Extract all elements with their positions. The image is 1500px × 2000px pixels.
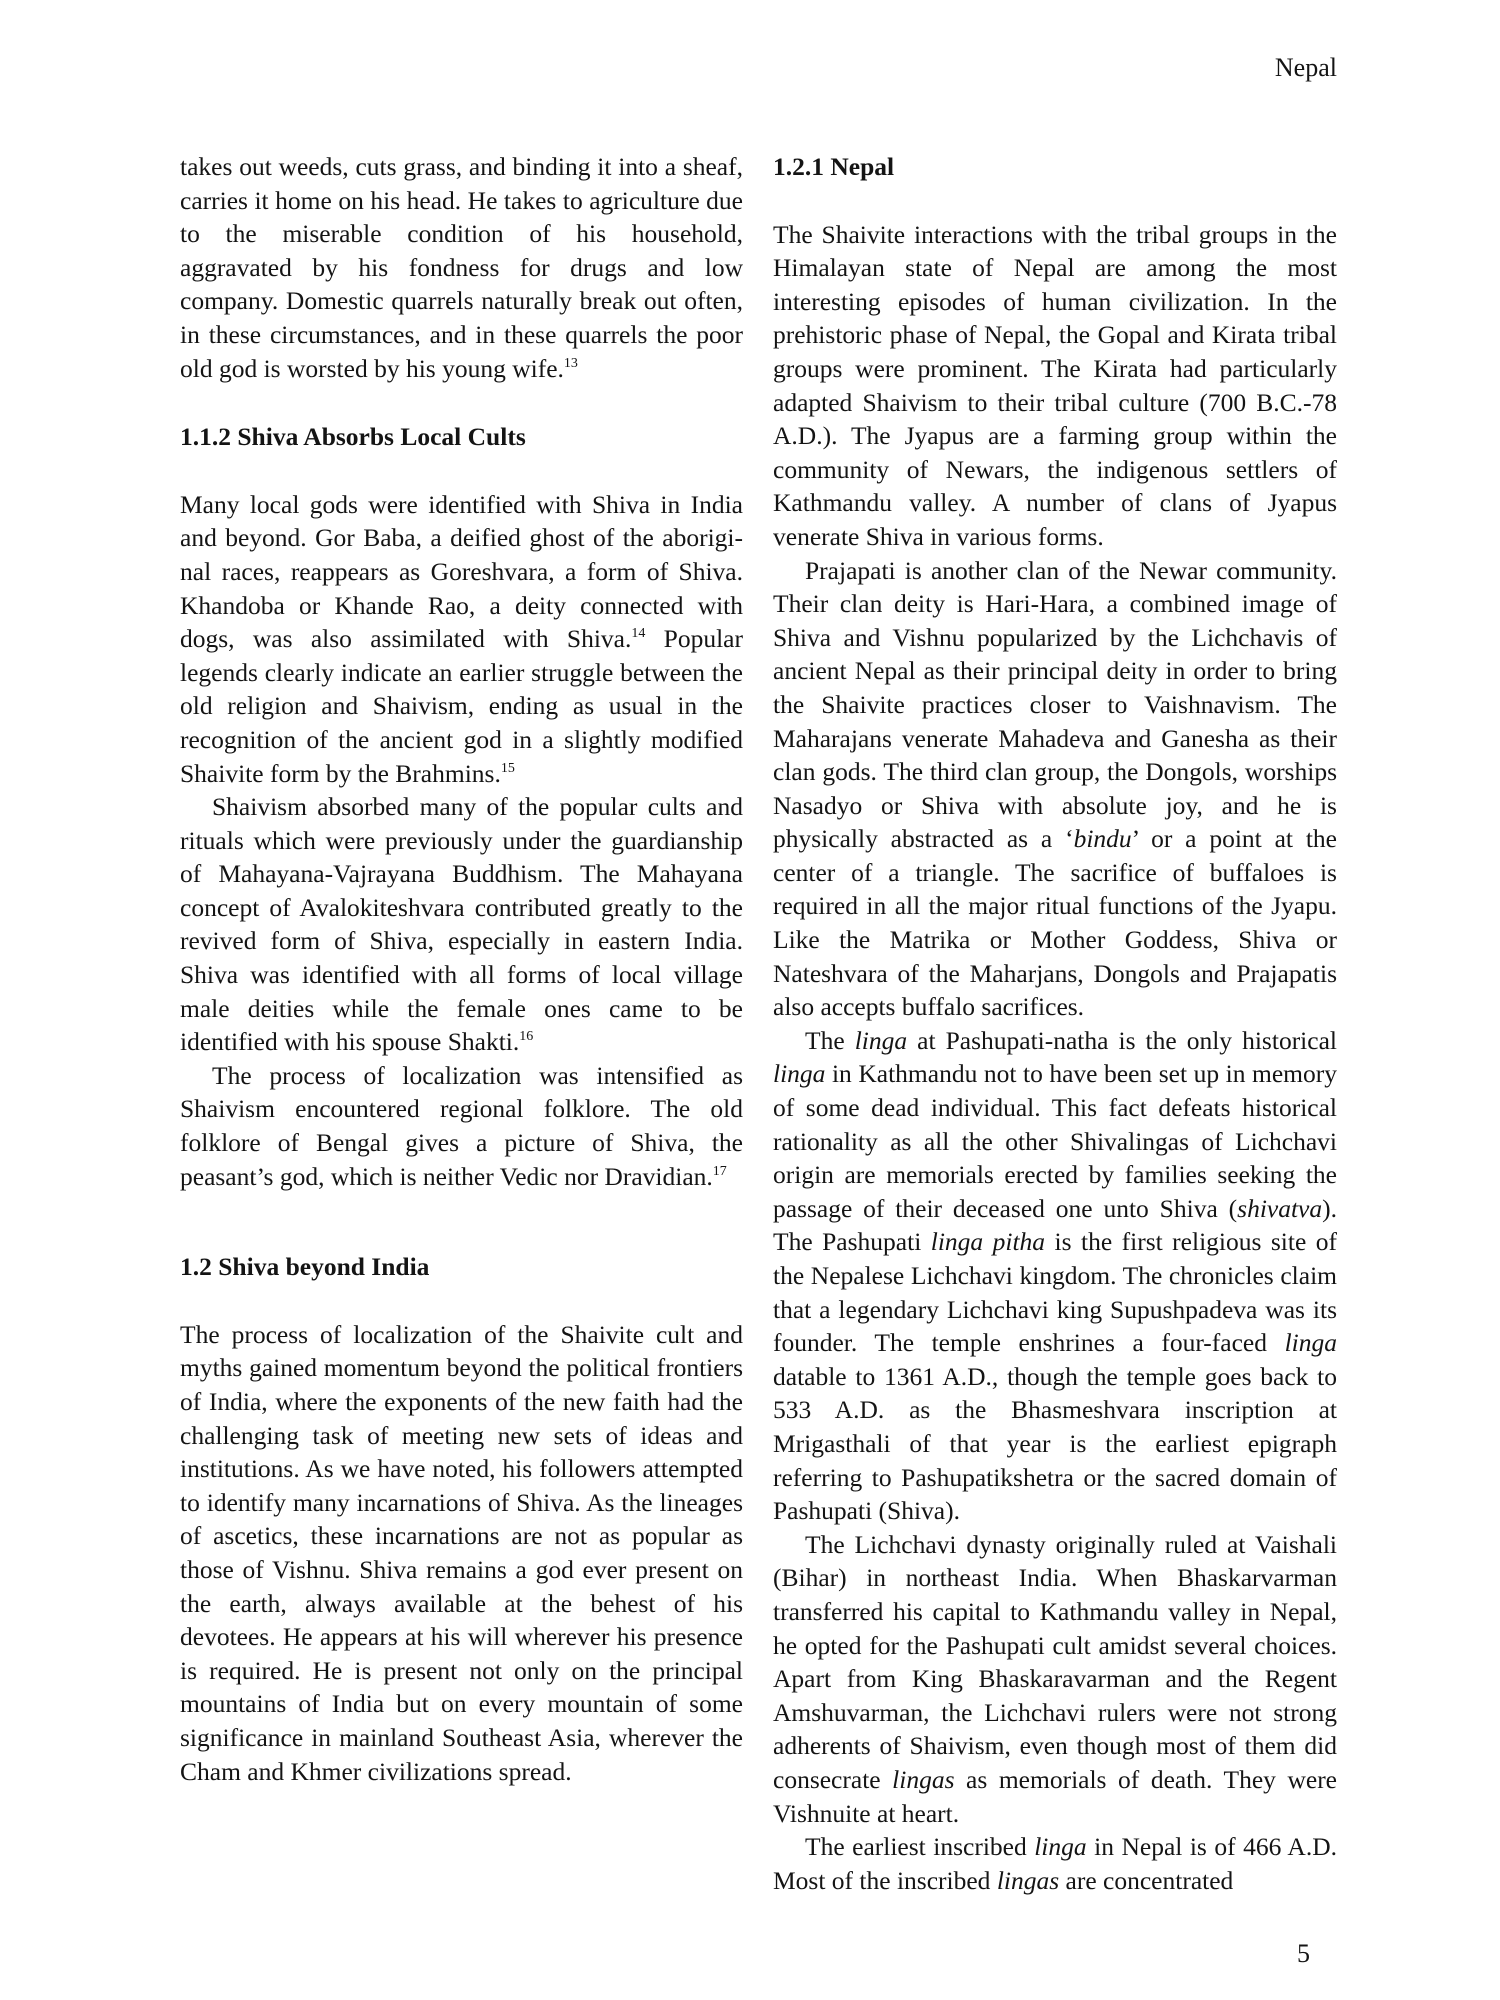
paragraph-text: The Lichchavi dynasty originally ruled a… [773,1530,1337,1794]
section-heading-1-2-1: 1.2.1 Nepal [773,150,1337,184]
paragraph-continued: takes out weeds, cuts grass, and binding… [180,150,743,385]
paragraph: Prajapati is another clan of the Newar c… [773,554,1337,1024]
italic-term: lingas [997,1866,1059,1895]
paragraph-text: The process of localization was intensif… [180,1061,743,1191]
paragraph-text: The [805,1026,855,1055]
italic-term: linga [773,1059,825,1088]
section-heading-1-2: 1.2 Shiva beyond India [180,1250,743,1284]
italic-term: linga [855,1026,907,1055]
section-heading-1-1-2: 1.1.2 Shiva Absorbs Local Cults [180,420,743,454]
paragraph: Shaivism absorbed many of the popular cu… [180,790,743,1059]
paragraph: The Shaivite interactions with the triba… [773,218,1337,554]
paragraph-text: Shaivism absorbed many of the popular cu… [180,792,743,1056]
paragraph: The Lichchavi dynasty originally ruled a… [773,1528,1337,1830]
italic-term: lingas [892,1765,954,1794]
footnote-ref[interactable]: 13 [564,356,578,371]
italic-term: bindu [1074,824,1132,853]
paragraph-text: are concentrated [1059,1866,1233,1895]
paragraph: The linga at Pashupati-natha is the only… [773,1024,1337,1528]
left-column: takes out weeds, cuts grass, and binding… [180,150,743,1788]
paragraph-text: takes out weeds, cuts grass, and binding… [180,152,743,383]
paragraph-text: The earliest inscribed [805,1832,1034,1861]
italic-term: linga [1285,1328,1337,1357]
footnote-ref[interactable]: 15 [501,761,515,776]
paragraph-text: datable to 1361 A.D., though the temple … [773,1362,1337,1525]
italic-term: linga [1034,1832,1086,1861]
paragraph: The earliest inscribed linga in Nepal is… [773,1830,1337,1897]
paragraph-text: at Pashupati-natha is the only histori­c… [907,1026,1337,1055]
italic-term: linga pitha [931,1227,1045,1256]
running-head: Nepal [1275,52,1337,84]
paragraph-text: ’ or a point at the center of a triangle… [773,824,1337,1021]
paragraph: The process of localization was intensif… [180,1059,743,1193]
footnote-ref[interactable]: 14 [631,626,645,641]
paragraph: The process of localization of the Shaiv… [180,1318,743,1788]
footnote-ref[interactable]: 17 [713,1164,727,1179]
page-number: 5 [1297,1938,1310,1970]
paragraph-text: Prajapati is another clan of the Newar c… [773,556,1337,854]
italic-term: shivatva [1237,1194,1322,1223]
paragraph: Many local gods were identified with Shi… [180,488,743,790]
right-column: 1.2.1 Nepal The Shaivite interactions wi… [773,150,1337,1897]
footnote-ref[interactable]: 16 [519,1029,533,1044]
